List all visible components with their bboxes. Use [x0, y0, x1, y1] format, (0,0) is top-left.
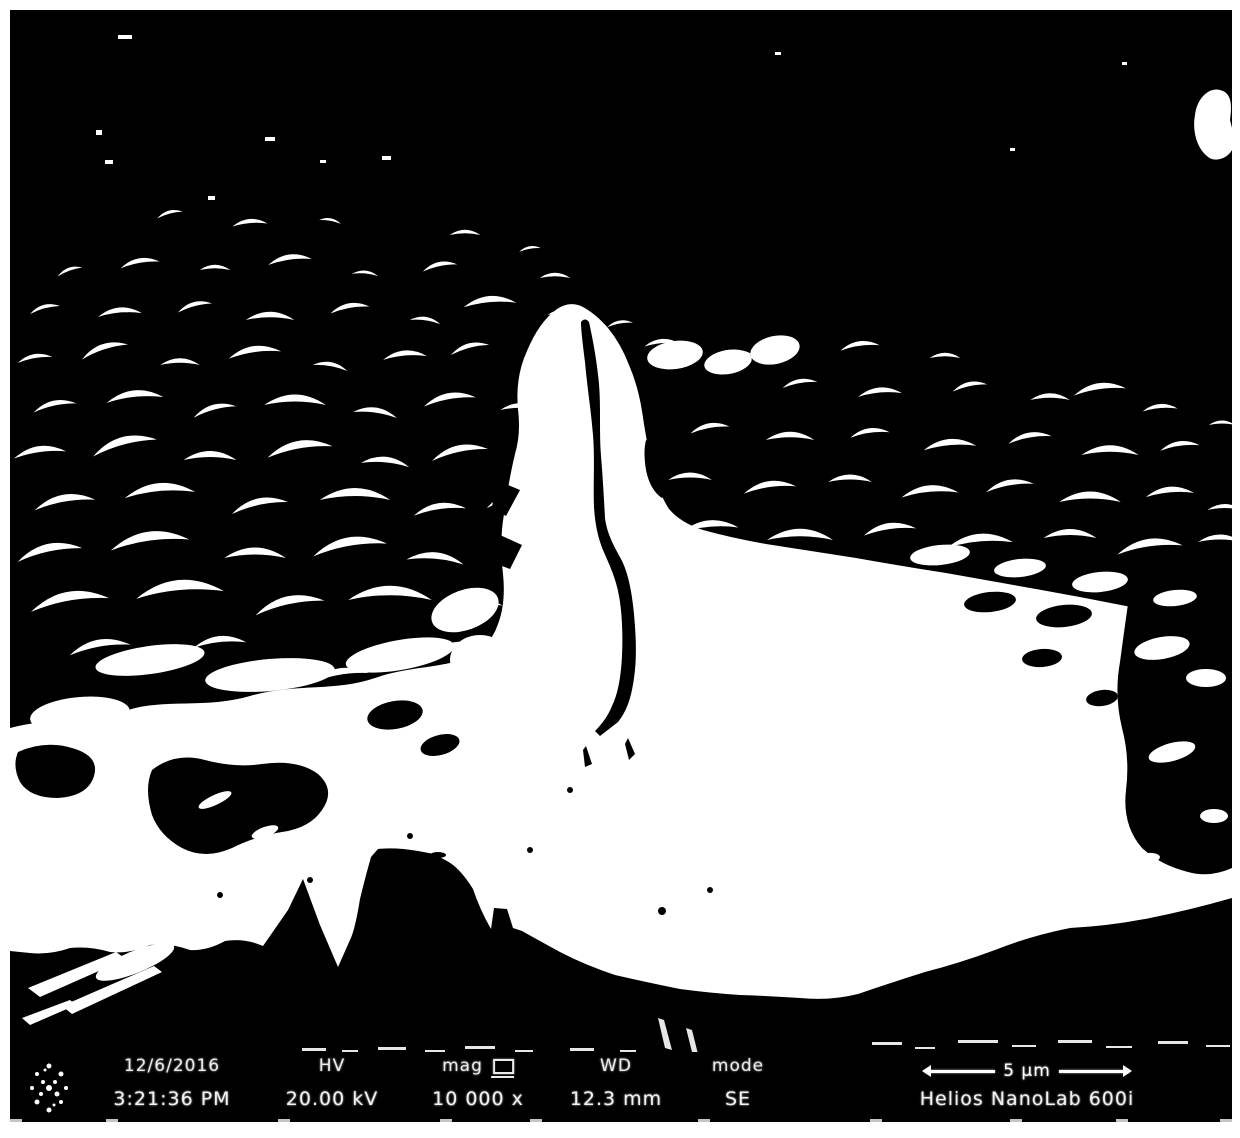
- bar-tick: [10, 1119, 22, 1122]
- instrument-name: Helios NanoLab 600i: [912, 1084, 1142, 1109]
- hv-value: 20.00 kV: [286, 1084, 378, 1109]
- bar-tick: [1116, 1119, 1128, 1122]
- sem-micrograph-figure: 12/6/2016 3:21:36 PM HV 20.00 kV mag 10 …: [0, 0, 1240, 1138]
- field-mag: mag 10 000 x: [432, 1052, 524, 1109]
- mode-value: SE: [712, 1084, 764, 1109]
- bar-tick: [530, 1119, 542, 1122]
- fei-logo-icon: [26, 1060, 72, 1116]
- date-text: 12/6/2016: [113, 1052, 230, 1084]
- bar-tick: [870, 1119, 882, 1122]
- time-text: 3:21:36 PM: [113, 1084, 230, 1109]
- bar-tick: [440, 1119, 452, 1122]
- bar-tick: [698, 1119, 710, 1122]
- field-mode: mode SE: [712, 1052, 764, 1109]
- scale-bar-right-arrow: [1059, 1070, 1129, 1073]
- field-scale: 5 μm Helios NanoLab 600i: [912, 1052, 1142, 1109]
- wd-value: 12.3 mm: [570, 1084, 662, 1109]
- wd-label: WD: [570, 1052, 662, 1084]
- field-hv: HV 20.00 kV: [286, 1052, 378, 1109]
- scale-value: 5 μm: [995, 1061, 1059, 1081]
- bar-tick: [106, 1119, 118, 1122]
- scale-bar-left-arrow: [925, 1070, 995, 1073]
- bar-tick: [1220, 1119, 1232, 1122]
- bar-tick: [1010, 1119, 1022, 1122]
- field-datetime: 12/6/2016 3:21:36 PM: [113, 1052, 230, 1109]
- mag-frame-icon: [493, 1059, 514, 1074]
- sem-databar: 12/6/2016 3:21:36 PM HV 20.00 kV mag 10 …: [10, 1052, 1232, 1122]
- mag-value: 10 000 x: [432, 1084, 524, 1109]
- mode-label: mode: [712, 1052, 764, 1084]
- hv-label: HV: [286, 1052, 378, 1084]
- mag-label: mag: [432, 1052, 524, 1084]
- scale-bar: 5 μm: [912, 1052, 1142, 1084]
- bar-tick: [278, 1119, 290, 1122]
- sem-image: [10, 10, 1232, 1122]
- field-wd: WD 12.3 mm: [570, 1052, 662, 1109]
